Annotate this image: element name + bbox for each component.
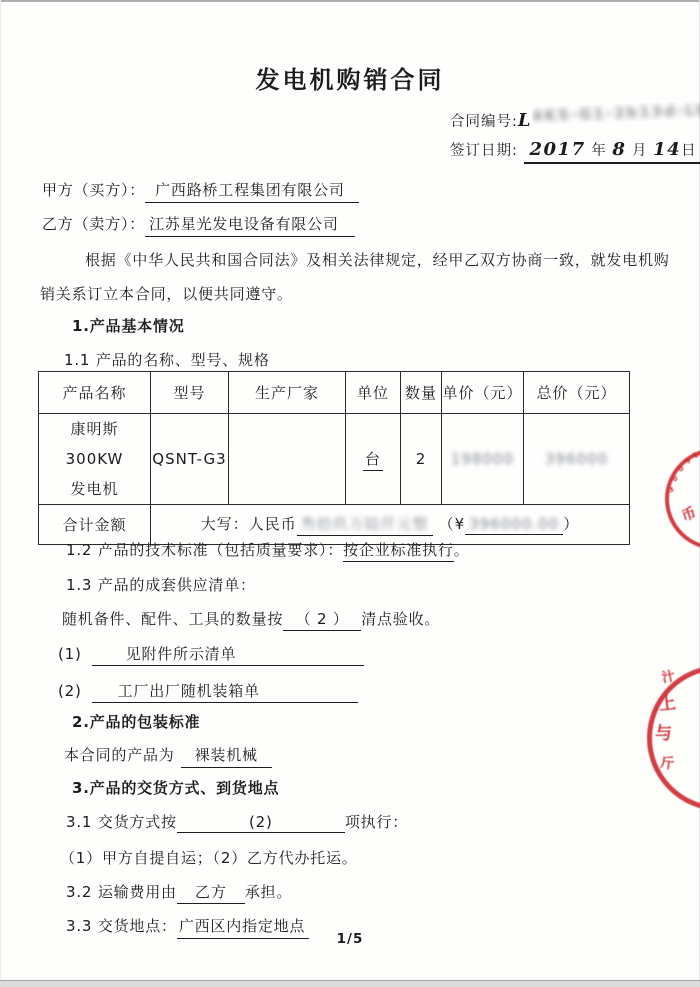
accessories-blank: （ 2 ） (283, 608, 361, 631)
list-item-2: (2)工厂出厂随机装箱单 (58, 680, 358, 703)
clause-1-3: 1.3 产品的成套供应清单： (66, 574, 256, 595)
section-1-1-heading: 1.1 产品的名称、型号、规格 (64, 349, 270, 370)
party-b-line: 乙方（卖方）：江苏星光发电设备有限公司 (42, 213, 355, 237)
col-header-model: 型号 (151, 372, 229, 414)
col-header-unit: 单位 (346, 372, 401, 414)
section-2-heading: 2.产品的包装标准 (72, 711, 200, 732)
col-header-qty: 数量 (401, 372, 442, 414)
contract-number-label: 合同编号: (450, 114, 518, 130)
party-a-label: 甲方（买方）： (42, 181, 145, 199)
clause-3-2: 3.2 运输费用由乙方承担。 (66, 881, 292, 904)
amount-words-redacted: 叁拾玖万陆仟元整 (297, 513, 433, 536)
clause-1-2: 1.2 产品的技术标准（包括质量要求）：按企业标准执行。 (66, 539, 470, 562)
section-3-heading: 3.产品的交货方式、到货地点 (72, 777, 279, 798)
clause-3-1-options: （1）甲方自提自运；（2）乙方代办托运。 (60, 847, 358, 868)
party-a-line: 甲方（买方）：广西路桥工程集团有限公司 (42, 179, 359, 203)
product-table-header-row: 产品名称 型号 生产厂家 单位 数量 单价（元） 总价（元） (39, 372, 630, 414)
section-1-heading: 1.产品基本情况 (72, 315, 185, 336)
list-item-2-value: 工厂出厂随机装箱单 (92, 680, 358, 703)
party-b-label: 乙方（卖方）： (42, 215, 145, 233)
cell-unit-price: 198000 (442, 414, 524, 505)
product-row: 康明斯 300KW 发电机 QSNT-G3 台 2 198000 396000 (39, 414, 630, 505)
preamble-line-1: 根据《中华人民共和国合同法》及相关法律规定，经甲乙双方协商一致，就发电机购 (85, 249, 670, 270)
page-title: 发电机购销合同 (0, 60, 700, 95)
clause-3-1-blank: (2) (177, 813, 345, 833)
party-b-name: 江苏星光发电设备有限公司 (145, 213, 355, 237)
red-stamp-upper (665, 448, 700, 550)
accessories-line: 随机备件、配件、工具的数量按（ 2 ）清点验收。 (62, 608, 440, 631)
stamp-lower-glyph: 上 (658, 695, 677, 714)
signing-date-line: 签订日期: 2017 年 8 月 14日 (450, 139, 700, 164)
stamp-lower-glyph: 斤 (659, 756, 675, 772)
cell-unit: 台 (346, 414, 401, 505)
col-header-total-price: 总价（元） (524, 372, 630, 414)
cell-model: QSNT-G3 (151, 414, 229, 505)
signing-date-label: 签订日期: (450, 143, 518, 159)
scan-edge-bottom (0, 980, 700, 987)
unit-price-redacted: 198000 (451, 450, 514, 468)
stamp-lower-glyph: 与 (655, 726, 672, 743)
cell-manufacturer (229, 414, 346, 505)
packaging-value: 裸装机械 (181, 744, 272, 768)
signing-date-value: 2017 年 8 月 14日 (524, 139, 700, 164)
packaging-line: 本合同的产品为裸装机械 (64, 744, 272, 768)
preamble-line-2: 销关系订立本合同，以便共同遵守。 (40, 283, 293, 304)
scan-edge-left (0, 0, 1, 987)
list-item-1-value: 见附件所示清单 (92, 643, 364, 666)
cell-product-name: 康明斯 300KW 发电机 (39, 414, 151, 505)
col-header-unit-price: 单价（元） (442, 372, 524, 414)
cell-qty: 2 (401, 414, 442, 505)
contract-number-line: 合同编号:L4KS-G1-2b13d-LW-10F (450, 104, 700, 131)
amount-digits-redacted: 396000.00 (465, 515, 563, 535)
stamp-lower-glyph: 汁 (661, 670, 676, 685)
cell-total-price: 396000 (524, 414, 630, 505)
product-table: 产品名称 型号 生产厂家 单位 数量 单价（元） 总价（元） 康明斯 300KW… (38, 371, 630, 545)
page-number: 1/5 (0, 931, 700, 947)
clause-3-1: 3.1 交货方式按(2)项执行： (66, 811, 408, 833)
party-a-name: 广西路桥工程集团有限公司 (145, 179, 359, 203)
contract-number-handwritten-prefix: L (518, 110, 532, 131)
col-header-product-name: 产品名称 (39, 372, 151, 414)
clause-3-2-value: 乙方 (177, 881, 245, 904)
contract-page: 发电机购销合同 合同编号:L4KS-G1-2b13d-LW-10F 签订日期: … (0, 0, 700, 987)
list-item-1: (1)见附件所示清单 (58, 643, 364, 666)
scan-edge-top (0, 0, 700, 2)
total-price-redacted: 396000 (545, 450, 608, 468)
contract-number-redacted: 4KS-G1-2b13d-LW-10F (532, 101, 700, 125)
clause-1-2-value: 按企业标准执行 (343, 539, 454, 562)
col-header-manufacturer: 生产厂家 (229, 372, 346, 414)
